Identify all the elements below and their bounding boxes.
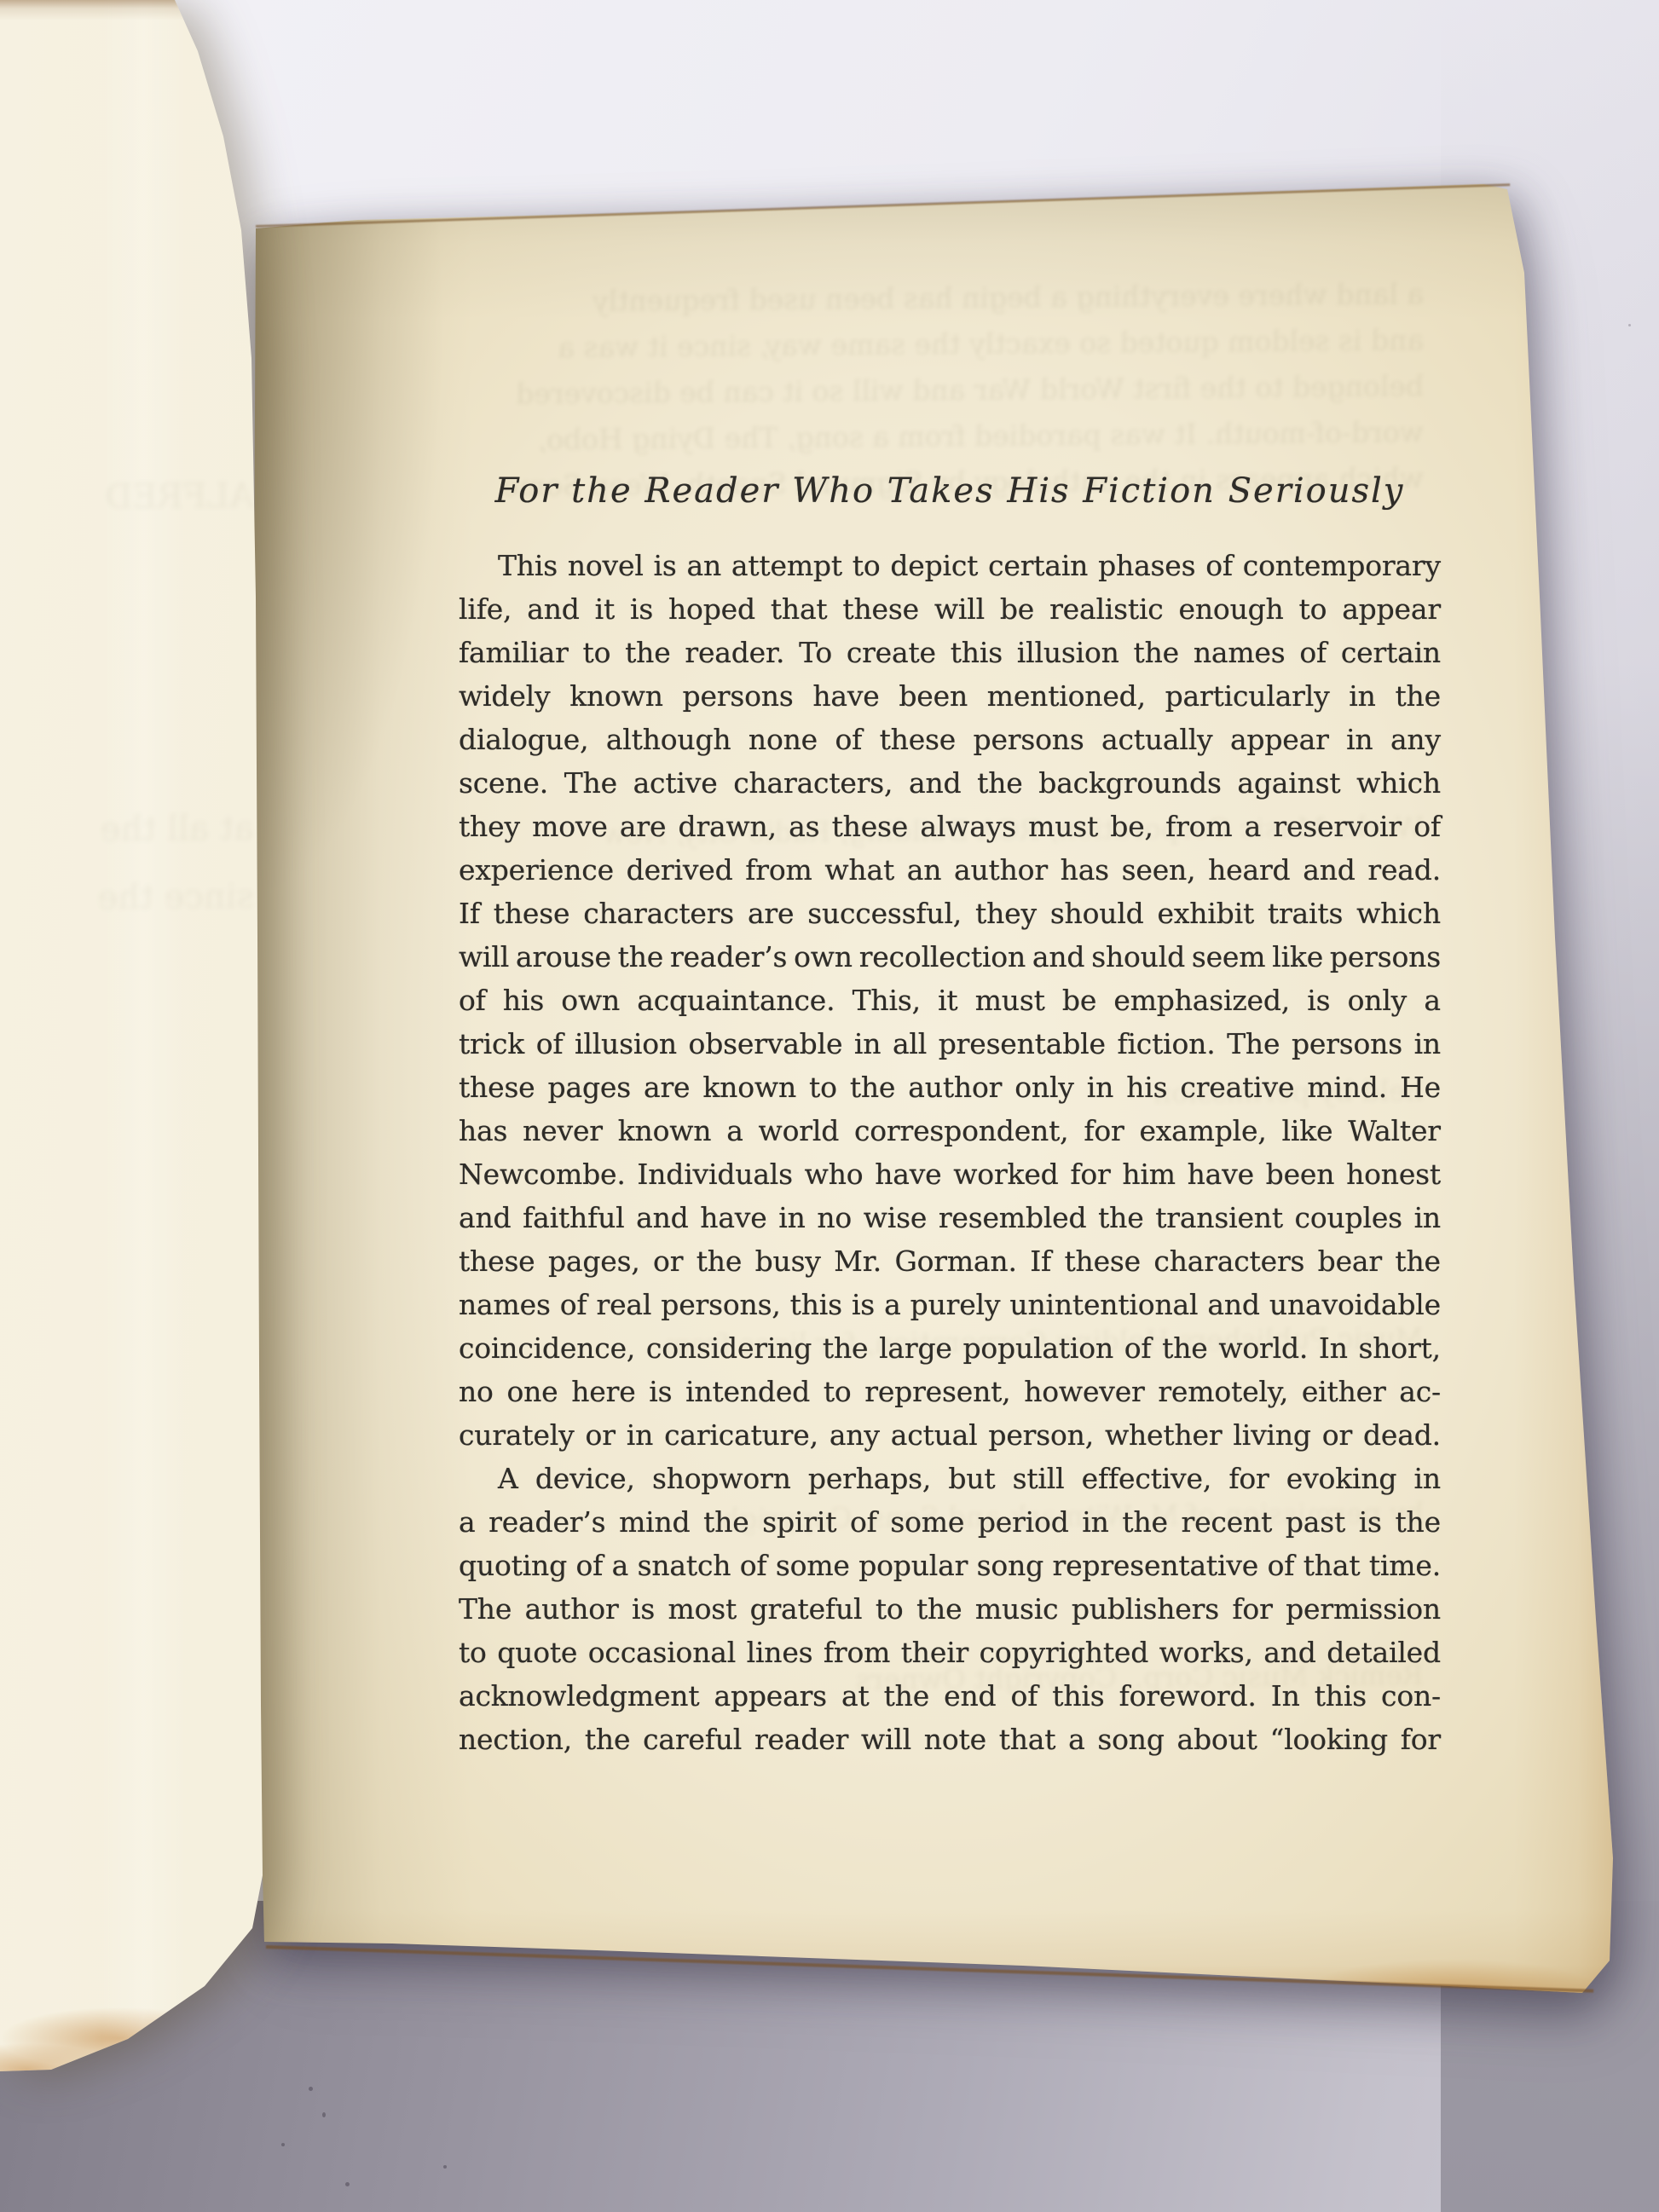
left-page [0, 0, 1659, 2212]
book-photo: a land where everything a begin has been… [0, 0, 1659, 2212]
dust-speck [345, 2182, 350, 2186]
dust-speck [322, 2112, 326, 2117]
left-page-wrap [0, 0, 1659, 2212]
dust-speck [281, 2143, 285, 2146]
dust-speck [443, 2165, 447, 2169]
dust-speck [1628, 324, 1631, 326]
dust-speck [309, 2087, 313, 2091]
